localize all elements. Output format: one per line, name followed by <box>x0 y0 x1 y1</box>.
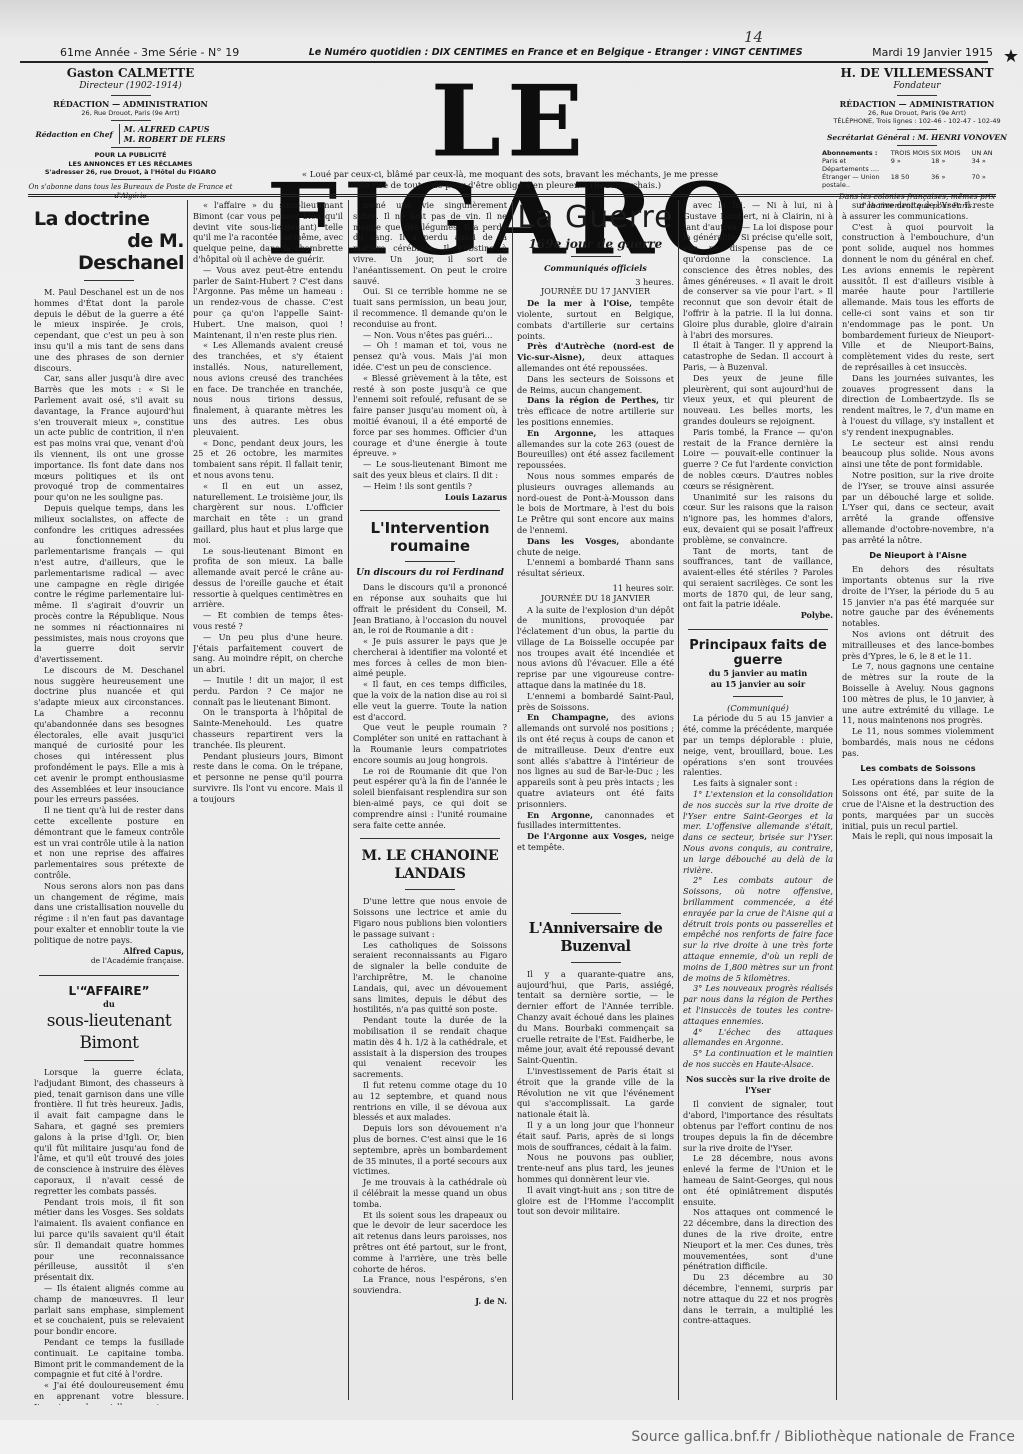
paragraph: L'ennemi a bombardé Saint-Paul, près de … <box>517 691 674 713</box>
communiques-label: Communiqués officiels <box>517 263 674 274</box>
motto-line-1: « Loué par ceux-ci, blâmé par ceux-là, m… <box>300 170 720 181</box>
section-head-nieuport: De Nieuport à l'Aisne <box>842 550 994 561</box>
left-ear-box: Gaston CALMETTE Directeur (1902-1914) RÉ… <box>28 66 233 200</box>
divider <box>688 629 828 630</box>
publicity-2: LES ANNONCES ET LES RÉCLAMES <box>28 160 233 168</box>
paragraph: — Oh ! maman et toi, vous ne pensez qu'à… <box>353 340 507 372</box>
paragraph: Les faits à signaler sont : <box>683 778 833 789</box>
paragraph: En Argonne, canonnades et fusillades int… <box>517 810 674 832</box>
paragraph: En Champagne, des avions allemands ont s… <box>517 712 674 809</box>
divider <box>111 179 151 180</box>
divider <box>733 696 783 697</box>
communique-date-2: JOURNÉE DU 18 JANVIER <box>517 594 674 605</box>
paragraph: Le roi de Roumanie dit que l'on peut esp… <box>353 766 507 831</box>
paragraph: Il était à Tanger. Il y apprend la catas… <box>683 340 833 372</box>
paragraph: — Non. Vous n'êtes pas guéri... <box>353 330 507 341</box>
column-1: La doctrine de M. Deschanel M. Paul Desc… <box>34 200 184 1405</box>
subs-header: TROIS MOIS <box>891 149 931 157</box>
paragraph: « Il faut, en ces temps difficiles, que … <box>353 679 507 722</box>
issue-date: Mardi 19 Janvier 1915 <box>872 46 993 59</box>
paragraph: Car, sans aller jusqu'à dire avec Barrès… <box>34 373 184 503</box>
subs-cell: 36 » <box>931 173 971 189</box>
paragraph: Nous serons alors non pas dans un change… <box>34 881 184 946</box>
subs-cell: Paris et Départements .... <box>822 157 891 173</box>
headline-la-guerre: La Guerre <box>517 200 674 236</box>
telephone: TÉLÉPHONE, Trois lignes : 102-46 - 102-4… <box>822 117 1012 125</box>
paragraph: Depuis quelque temps, dans les milieux s… <box>34 503 184 665</box>
paragraph: Pendant trois mois, il fit son métier da… <box>34 1197 184 1283</box>
divider <box>897 145 937 146</box>
director-role: Directeur (1902-1914) <box>28 81 233 92</box>
list-item: 2° Les combats autour de Soissons, où no… <box>683 875 833 983</box>
paragraph: A la suite de l'explosion d'un dépôt de … <box>517 605 674 691</box>
subs-cell: 34 » <box>972 157 1012 173</box>
divider <box>405 561 455 562</box>
headline-deschanel-2: de M. Deschanel <box>34 230 184 274</box>
divider <box>571 256 621 257</box>
signature: J. de N. <box>353 1296 507 1307</box>
paragraph: Des yeux de jeune fille pleurèrent, qui … <box>683 373 833 427</box>
communique-time-1: 3 heures. <box>517 277 674 288</box>
column-4: La Guerre 169e jour de guerre Communiqué… <box>517 200 674 1405</box>
headline-bimont-2: du <box>34 999 184 1010</box>
secretariat: Secrétariat Général : M. HENRI VONOVEN <box>822 133 1012 142</box>
paragraph: — Heim ! ils sont gentils ? <box>353 481 507 492</box>
paragraph: Et ils soient sous les drapeaux ou que l… <box>353 1210 507 1275</box>
communique-date-1: JOURNÉE DU 17 JANVIER <box>517 287 674 298</box>
director-name: Gaston CALMETTE <box>28 66 233 81</box>
divider <box>360 510 500 511</box>
signature: Polybe. <box>683 610 833 621</box>
column-2: « l'affaire » du sous-lieutenant Bimont … <box>193 200 343 1405</box>
founder-role: Fondateur <box>822 81 1012 92</box>
publicity-1: POUR LA PUBLICITÉ <box>28 151 233 159</box>
paragraph: « l'affaire » du sous-lieutenant Bimont … <box>193 200 343 265</box>
paragraph: Du 23 décembre au 30 décembre, l'ennemi,… <box>683 1272 833 1326</box>
subs-cell: Étranger — Union postale.. <box>822 173 891 189</box>
masthead-rule <box>28 194 996 197</box>
signature-sub: de l'Académie française. <box>34 956 184 967</box>
subs-cell: 9 » <box>891 157 931 173</box>
divider <box>39 975 179 976</box>
paragraph: Il ne tient qu'à lui de rester dans cett… <box>34 805 184 881</box>
divider <box>84 280 134 281</box>
subs-header: UN AN <box>972 149 1012 157</box>
list-item: 3° Les nouveaux progrès réalisés par nou… <box>683 983 833 1026</box>
paragraph: Il y a un long jour que l'honneur était … <box>517 1120 674 1152</box>
paragraph: Nos avions ont détruit des mitrailleuses… <box>842 629 994 661</box>
paragraph: Pendant toute la durée de la mobilisatio… <box>353 1015 507 1080</box>
signature: Alfred Capus, <box>34 946 184 957</box>
source-footer: Source gallica.bnf.fr / Bibliothèque nat… <box>0 1420 1023 1454</box>
issue-number: 61me Année - 3me Série - N° 19 <box>60 46 239 59</box>
paragraph: — Le sous-lieutenant Bimont me sait des … <box>353 459 507 481</box>
divider <box>360 838 500 839</box>
column-3: mené une vie singulièrement sobre. Il ne… <box>353 200 507 1405</box>
paragraph: Depuis lors son dévouement n'a plus de b… <box>353 1123 507 1177</box>
paragraph: Paris tombé, la France — qu'on restait d… <box>683 427 833 492</box>
price-notice: Le Numéro quotidien : DIX CENTIMES en Fr… <box>309 47 803 58</box>
headline-bimont-1: L'“AFFAIRE” <box>34 984 184 999</box>
divider <box>405 889 455 890</box>
subs-header: Abonnements : <box>822 149 891 157</box>
section-head-soissons: Les combats de Soissons <box>842 763 994 774</box>
paragraph: Dans la région de Perthes, tir très effi… <box>517 395 674 427</box>
paragraph: Oui. Si ce terrible homme ne se tuait sa… <box>353 286 507 329</box>
paragraph: Pendant plusieurs jours, Bimont reste da… <box>193 751 343 805</box>
paragraph: — Et combien de temps êtes-vous resté ? <box>193 610 343 632</box>
paragraph: C'est à quoi pourvoit la construction à … <box>842 222 994 373</box>
paragraph: — Vous avez peut-être entendu parler de … <box>193 265 343 341</box>
paragraph: Les catholiques de Soissons seraient rec… <box>353 940 507 1016</box>
divider <box>571 962 621 963</box>
divider <box>111 120 151 121</box>
publicity-3: S'adresser 26, rue Drouot, à l'Hôtel du … <box>28 168 233 176</box>
paragraph: En Argonne, les attaques allemandes sur … <box>517 428 674 471</box>
chef-name-1: M. ALFRED CAPUS <box>124 124 226 134</box>
communique-label: (Communiqué) <box>683 703 833 714</box>
paragraph: Que veut le peuple roumain ? Compléter s… <box>353 722 507 765</box>
subscribe-note: On s'abonne dans tous les Bureaux de Pos… <box>28 183 233 201</box>
paragraph: — Inutile ! dit un major, il est perdu. … <box>193 675 343 707</box>
paragraph: Dans les Vosges, abondante chute de neig… <box>517 536 674 558</box>
motto: « Loué par ceux-ci, blâmé par ceux-là, m… <box>300 170 720 191</box>
paragraph: L'investissement de Paris était si étroi… <box>517 1066 674 1120</box>
paragraph: mené une vie singulièrement sobre. Il ne… <box>353 200 507 286</box>
paragraph: Nous ne pouvons pas oublier, trente-neuf… <box>517 1152 674 1184</box>
subheadline-principaux-1: du 5 janvier au matin <box>683 668 833 679</box>
paragraph: « J'ai été douloureusement ému en appren… <box>34 1380 184 1405</box>
paragraph: Notre position, sur la rive droite de l'… <box>842 470 994 546</box>
star-icon: ★ <box>1003 46 1019 67</box>
paragraph: Je me trouvais à la cathédrale où il cél… <box>353 1177 507 1209</box>
headline-landais: M. LE CHANOINE LANDAIS <box>353 847 507 883</box>
paragraph: Mais le repli, qui nous imposait la <box>842 831 994 842</box>
headline-roumaine: L'Intervention roumaine <box>353 519 507 555</box>
subs-cell: 18 » <box>931 157 971 173</box>
paragraph: Lorsque la guerre éclata, l'adjudant Bim… <box>34 1067 184 1197</box>
subscription-table: Abonnements : TROIS MOIS SIX MOIS UN AN … <box>822 149 1012 190</box>
paragraph: Il avait vingt-huit ans ; son titre de g… <box>517 1185 674 1217</box>
list-item: 1° L'extension et la consolidation de no… <box>683 789 833 875</box>
subheadline-roumaine: Un discours du roi Ferdinand <box>353 568 507 579</box>
divider <box>111 95 151 96</box>
paragraph: « Je puis assurer le pays que je cherche… <box>353 636 507 679</box>
paragraph: — Un peu plus d'une heure. J'étais parfa… <box>193 632 343 675</box>
paragraph: L'ennemi a bombardé Thann sans résultat … <box>517 557 674 579</box>
column-rule <box>348 200 349 1400</box>
headline-principaux: Principaux faits de guerre <box>683 638 833 668</box>
divider <box>897 129 937 130</box>
redaction-label: RÉDACTION — ADMINISTRATION <box>28 99 233 109</box>
paragraph: De la mer à l'Oise, tempête violente, su… <box>517 298 674 341</box>
paragraph: La période du 5 au 15 janvier a été, com… <box>683 713 833 778</box>
paragraph: Nos attaques ont commencé le 22 décembre… <box>683 1207 833 1272</box>
paragraph: De l'Argonne aux Vosges, neige et tempêt… <box>517 831 674 853</box>
subs-header: SIX MOIS <box>931 149 971 157</box>
headline-bimont-3: sous-lieutenant Bimont <box>34 1010 184 1054</box>
headline-deschanel-1: La doctrine <box>34 208 184 230</box>
paragraph: Dans les secteurs de Soissons et de Reim… <box>517 374 674 396</box>
column-rule <box>678 200 679 1400</box>
paragraph: Pendant ce temps la fusillade continuait… <box>34 1337 184 1380</box>
paragraph: Le sous-lieutenant Bimont en profita de … <box>193 546 343 611</box>
divider <box>897 95 937 96</box>
founder-name: H. DE VILLEMESSANT <box>822 66 1012 81</box>
paragraph: Le secteur est ainsi rendu beaucoup plus… <box>842 438 994 470</box>
paragraph: — Ils étaient alignés comme au champ de … <box>34 1283 184 1337</box>
paragraph: On le transporta à l'hôpital de Sainte-M… <box>193 707 343 750</box>
paragraph: Le 11, nous sommes violemment bombardés,… <box>842 726 994 758</box>
column-rule <box>187 200 188 1400</box>
paragraph: Le 28 décembre, nous avons enlevé la fer… <box>683 1153 833 1207</box>
subheadline-principaux-2: au 15 janvier au soir <box>683 679 833 690</box>
paragraph: « Blessé grièvement à la tête, est resté… <box>353 373 507 459</box>
paragraph: avec la foi. — Ni à lui, ni à Gustave La… <box>683 200 833 340</box>
paragraph: Les opérations dans la région de Soisson… <box>842 777 994 831</box>
divider <box>571 913 621 914</box>
signature: Louis Lazarus <box>353 492 507 503</box>
paragraph: Dans le discours qu'il a prononcé en rép… <box>353 582 507 636</box>
paragraph: Nous nous sommes emparés de plusieurs ou… <box>517 471 674 536</box>
top-info-bar: 61me Année - 3me Série - N° 19 Le Numéro… <box>60 44 993 60</box>
communique-time-2: 11 heures soir. <box>517 583 674 594</box>
paragraph: « Il en eut un assez, naturellement. Le … <box>193 481 343 546</box>
paragraph: Il fut retenu comme otage du 10 au 12 se… <box>353 1080 507 1123</box>
address: 26, Rue Drouot, Paris (9e Arrt) <box>28 109 233 117</box>
subs-cell: 18 50 <box>891 173 931 189</box>
column-6: sur la rive droite de l'Yser. Il reste à… <box>842 200 994 1405</box>
paragraph: sur la rive droite de l'Yser. Il reste à… <box>842 200 994 222</box>
paragraph: « Donc, pendant deux jours, les 25 et 26… <box>193 438 343 481</box>
section-head-yser: Nos succès sur la rive droite de l'Yser <box>683 1074 833 1096</box>
column-rule <box>836 200 837 1400</box>
headline-buzenval: L'Anniversaire de Buzenval <box>517 920 674 956</box>
paragraph: Le discours de M. Deschanel nous suggère… <box>34 665 184 805</box>
motto-line-2: de rire de tout... de peur d'être obligé… <box>300 181 720 192</box>
paragraph: Il y a quarante-quatre ans, aujourd'hui,… <box>517 969 674 1066</box>
paragraph: D'une lettre que nous envoie de Soissons… <box>353 896 507 939</box>
paragraph: En dehors des résultats importants obten… <box>842 564 994 629</box>
paragraph: Près d'Autrèche (nord-est de Vic-sur-Ais… <box>517 341 674 373</box>
column-5: avec la foi. — Ni à lui, ni à Gustave La… <box>683 200 833 1405</box>
paragraph: Tant de morts, tant de souffrances, tant… <box>683 546 833 611</box>
list-item: 4° L'échec des attaques allemandes en Ar… <box>683 1027 833 1049</box>
paragraph: M. Paul Deschanel est un de nos hommes d… <box>34 287 184 373</box>
paragraph: Il convient de signaler, tout d'abord, l… <box>683 1099 833 1153</box>
divider <box>111 147 151 148</box>
subs-cell: 70 » <box>972 173 1012 189</box>
paragraph: « Les Allemands avaient creusé des tranc… <box>193 340 343 437</box>
paragraph: La France, nous l'espérons, s'en souvien… <box>353 1274 507 1296</box>
paragraph: Dans les journées suivantes, les zouaves… <box>842 373 994 438</box>
divider <box>84 1060 134 1061</box>
paragraph: Le 7, nous gagnons une centaine de mètre… <box>842 661 994 726</box>
right-ear-box: H. DE VILLEMESSANT Fondateur RÉDACTION —… <box>822 66 1012 210</box>
column-rule <box>512 200 513 1400</box>
paragraph: Unanimité sur les raisons du cœur. Sur l… <box>683 492 833 546</box>
newspaper-page: 14 61me Année - 3me Série - N° 19 Le Num… <box>0 0 1023 1420</box>
chef-label: Rédaction en Chef <box>35 130 112 139</box>
redaction-label: RÉDACTION — ADMINISTRATION <box>822 99 1012 109</box>
war-day-count: 169e jour de guerre <box>517 239 674 250</box>
chef-name-2: M. ROBERT DE FLERS <box>124 134 226 144</box>
list-item: 5° La continuation et le maintien de nos… <box>683 1048 833 1070</box>
